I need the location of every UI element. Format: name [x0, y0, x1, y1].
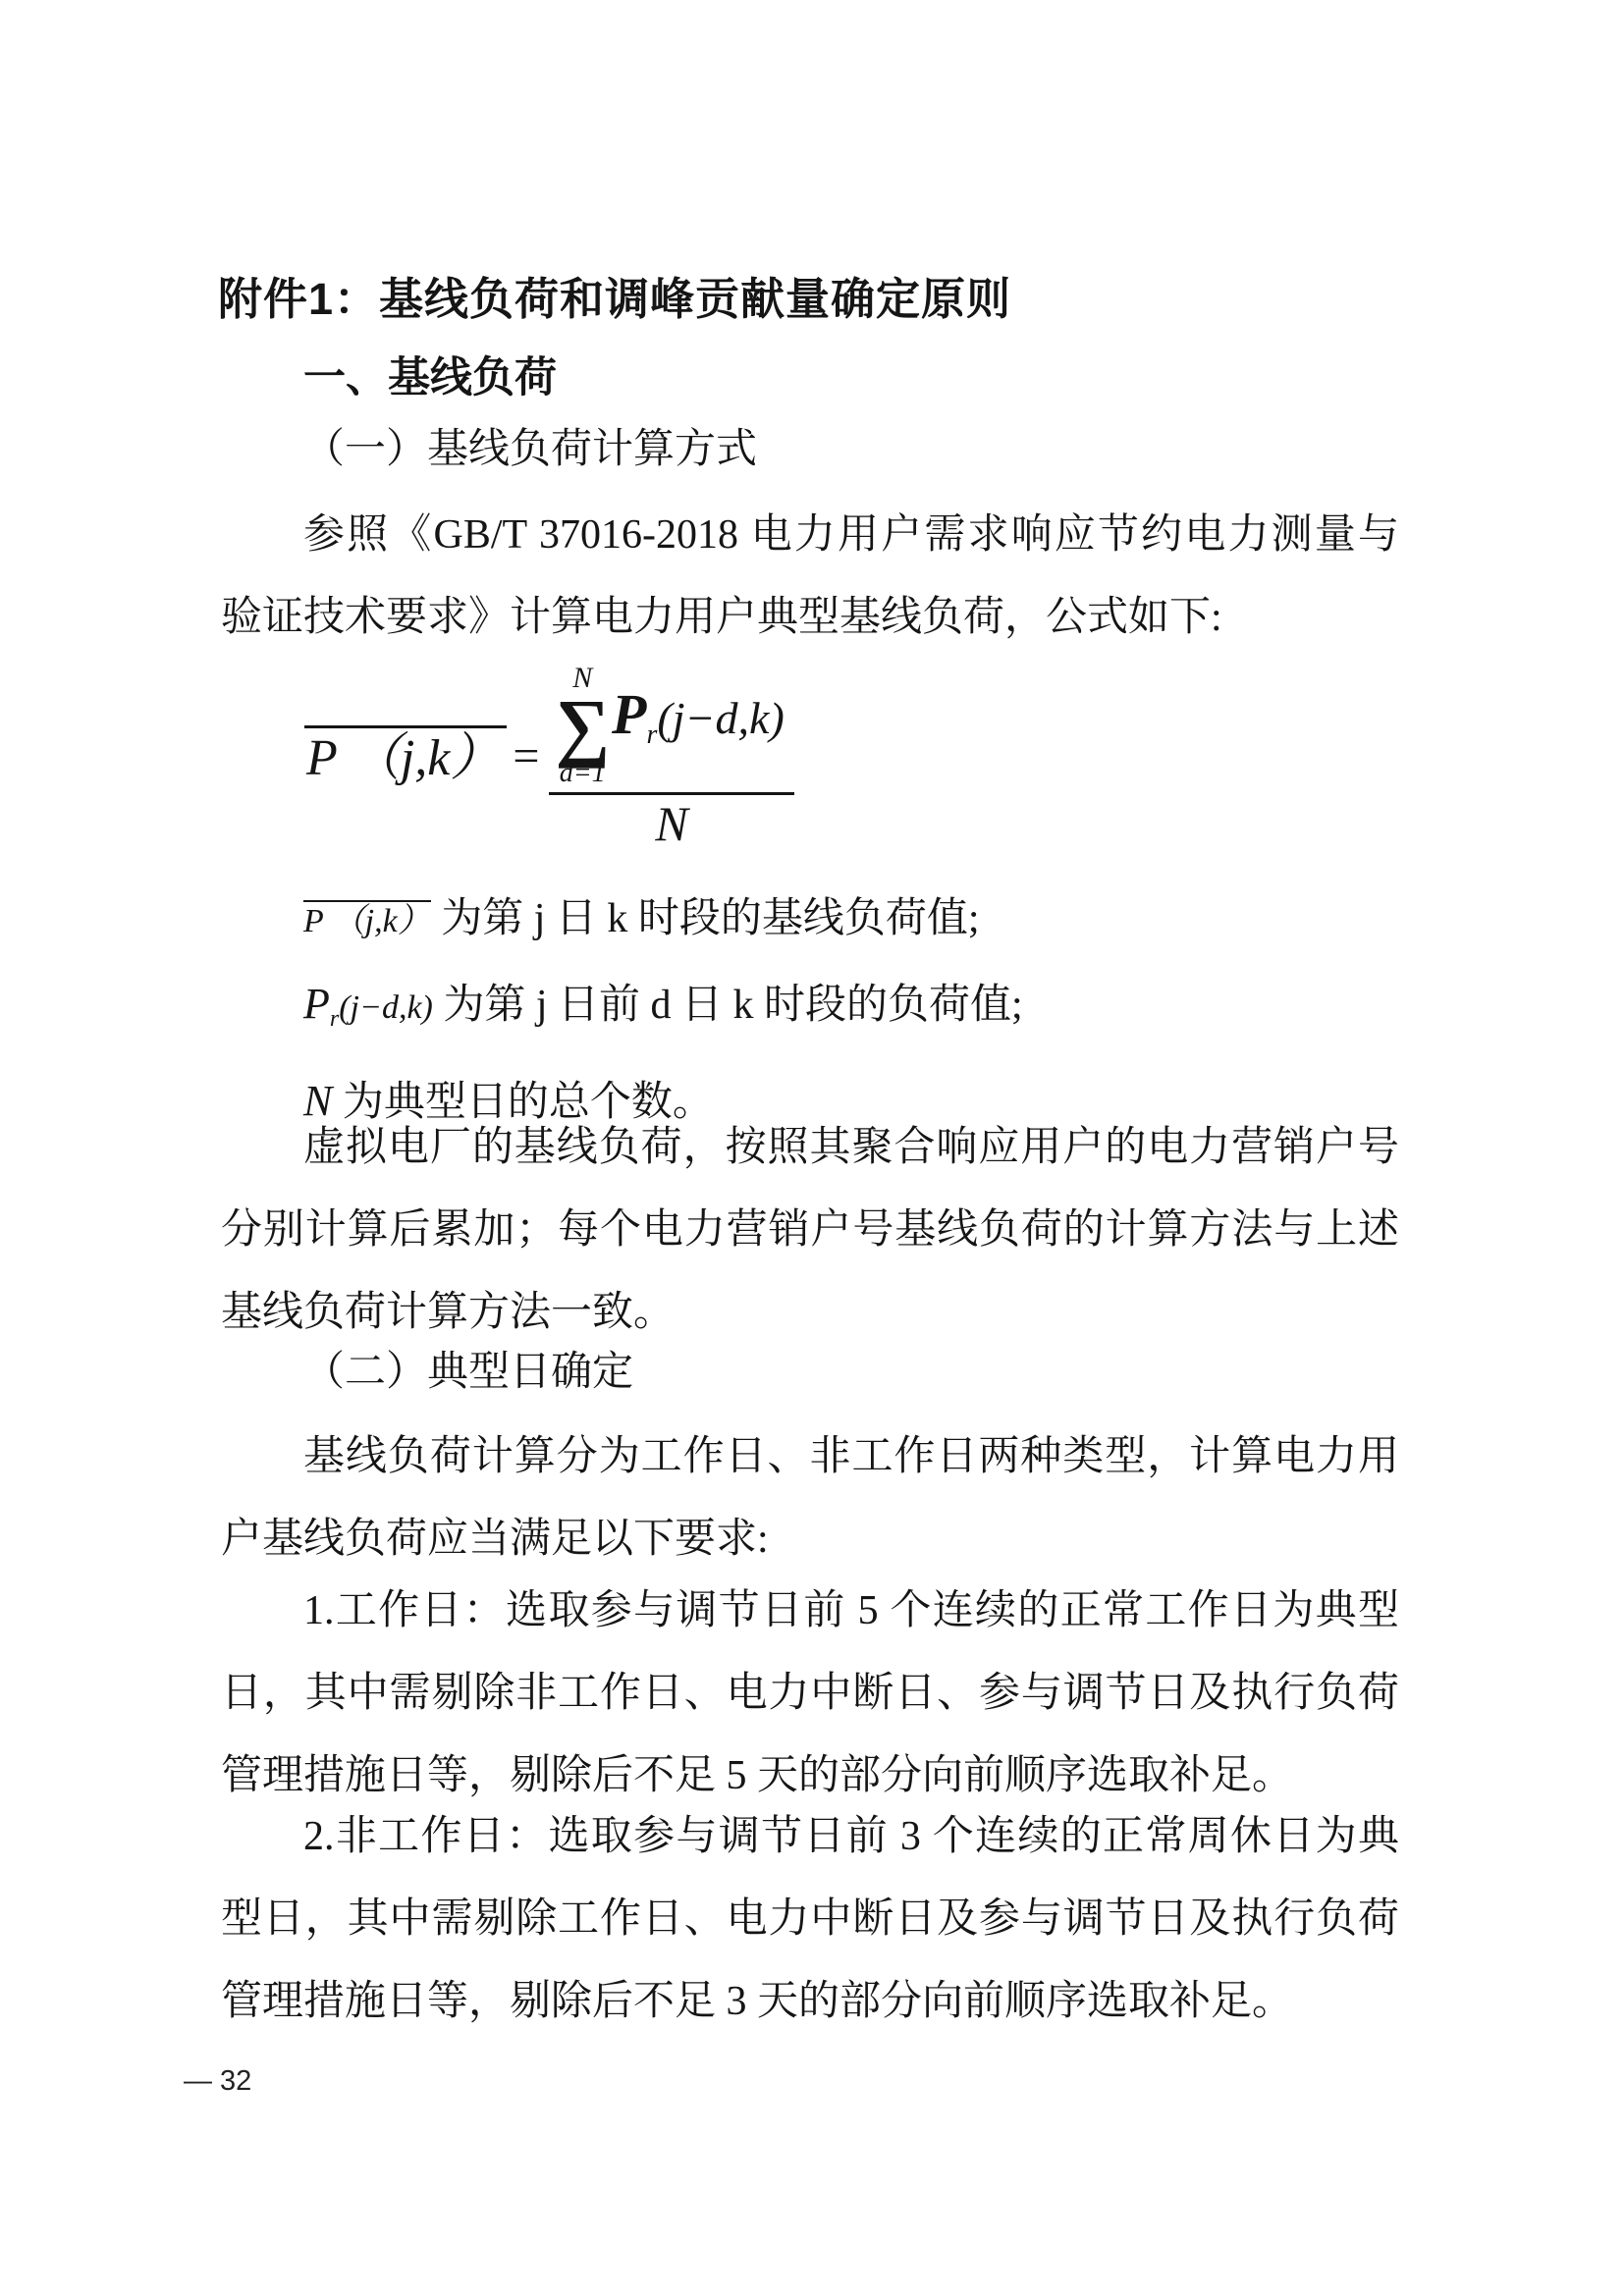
formula-sum-lower-limit: d=1 [560, 759, 606, 788]
symbol-arguments: (j−d,k) [339, 989, 433, 1026]
formula-lhs-overlined-p-jk: P （j,k） [304, 725, 507, 787]
formula-equals-sign: = [507, 731, 549, 782]
definition-baseline-load-value: P （j,k） 为第 j 日 k 时段的基线负荷值; [221, 878, 1419, 963]
symbol-definitions: P （j,k） 为第 j 日 k 时段的基线负荷值; Pr(j−d,k) 为第 … [221, 878, 1419, 1144]
document-page: 附件1：基线负荷和调峰贡献量确定原则 一、基线负荷 （一）基线负荷计算方式 参照… [0, 0, 1624, 2296]
paragraph-workday-rule: 1.工作日：选取参与调节日前 5 个连续的正常工作日为典型日，其中需剔除非工作日… [221, 1570, 1399, 1817]
symbol-base-p: P [303, 980, 330, 1028]
formula-numerator: N ∑ d=1 Pr(j−d,k) [549, 663, 793, 795]
definition-text: 为第 j 日前 d 日 k 时段的负荷值; [443, 983, 1022, 1028]
formula-load-term: Pr(j−d,k) [612, 690, 785, 760]
paragraph-nonworkday-rule: 2.非工作日：选取参与调节日前 3 个连续的正常周休日为典型日，其中需剔除工作日… [221, 1795, 1399, 2043]
formula-summation: N ∑ d=1 [555, 663, 610, 788]
formula-term-subscript-r: r [646, 721, 657, 751]
paragraph-reference-standard: 参照《GB/T 37016-2018 电力用户需求响应节约电力测量与验证技术要求… [221, 494, 1399, 659]
formula-term-base-p: P [612, 682, 646, 746]
formula-denominator-n: N [655, 797, 687, 850]
symbol-subscript-r: r [330, 1006, 339, 1032]
paragraph-typical-day-types: 基线负荷计算分为工作日、非工作日两种类型，计算电力用户基线负荷应当满足以下要求: [221, 1415, 1399, 1580]
sigma-summation-icon: ∑ [555, 694, 610, 759]
definition-load-value: Pr(j−d,k) 为第 j 日前 d 日 k 时段的负荷值; [221, 963, 1419, 1060]
subsection-heading-typical-day: （二）典型日确定 [303, 1343, 633, 1402]
baseline-load-formula: P （j,k） = N ∑ d=1 Pr(j−d,k) N [304, 663, 794, 850]
document-title: 附件1：基线负荷和调峰贡献量确定原则 [218, 271, 1011, 328]
subsection-heading-calculation-method: （一）基线负荷计算方式 [303, 420, 757, 479]
page-number: — 32 [184, 2064, 251, 2098]
symbol-p-r-jdk: Pr(j−d,k) [303, 989, 433, 1026]
formula-fraction: N ∑ d=1 Pr(j−d,k) N [549, 663, 793, 850]
paragraph-virtual-power-plant: 虚拟电厂的基线负荷，按照其聚合响应用户的电力营销户号分别计算后累加；每个电力营销… [221, 1106, 1399, 1354]
section-heading-baseline-load: 一、基线负荷 [303, 349, 557, 406]
definition-text: 为第 j 日 k 时段的基线负荷值; [441, 896, 979, 941]
formula-term-arguments: (j−d,k) [657, 693, 784, 743]
symbol-overlined-p-jk: P （j,k） [303, 900, 431, 939]
